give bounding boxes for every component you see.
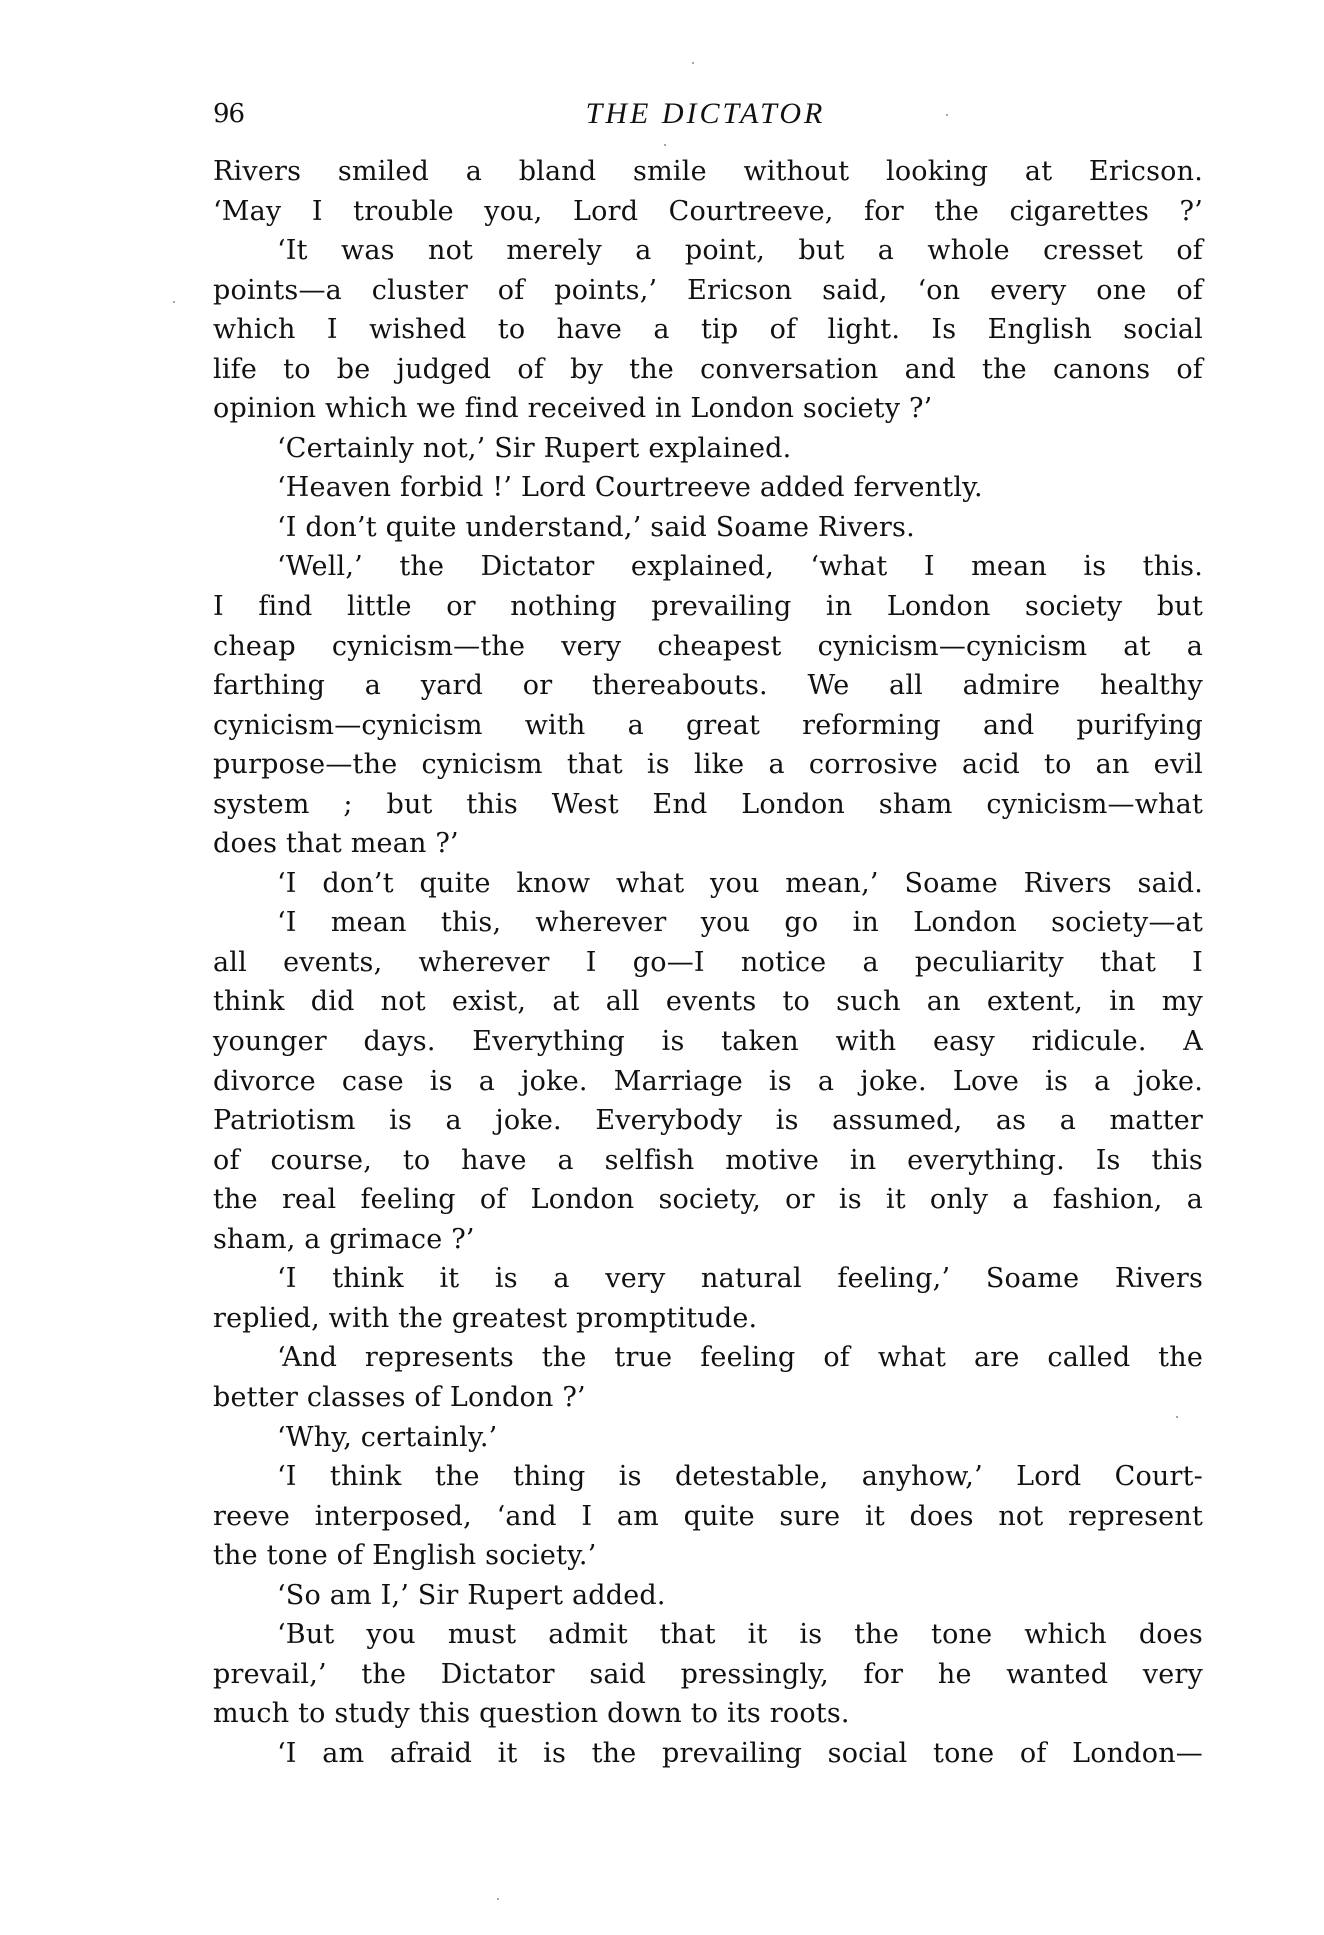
text-line: think did not exist, at all events to su…: [213, 982, 1203, 1022]
text-line: replied, with the greatest promptitude.: [213, 1299, 1203, 1339]
paper-speck: [664, 144, 666, 146]
paper-speck: [173, 301, 175, 303]
paper-speck: [1176, 1416, 1178, 1418]
text-line: divorce case is a joke. Marriage is a jo…: [213, 1062, 1203, 1102]
text-line: life to be judged of by the conversation…: [213, 350, 1203, 390]
text-line: cynicism—cynicism with a great reforming…: [213, 706, 1203, 746]
text-line: all events, wherever I go—I notice a pec…: [213, 943, 1203, 983]
text-line: of course, to have a selfish motive in e…: [213, 1141, 1203, 1181]
text-line: ‘And represents the true feeling of what…: [213, 1338, 1203, 1378]
running-title: THE DICTATOR: [548, 96, 863, 132]
paper-speck: [946, 114, 948, 116]
text-line: younger days. Everything is taken with e…: [213, 1022, 1203, 1062]
text-line: Rivers smiled a bland smile without look…: [213, 152, 1203, 192]
text-line: sham, a grimace ?’: [213, 1220, 1203, 1260]
running-head: 96 THE DICTATOR: [213, 96, 1203, 132]
text-line: the tone of English society.’: [213, 1536, 1203, 1576]
body-text: Rivers smiled a bland smile without look…: [213, 152, 1203, 1773]
text-line: ‘But you must admit that it is the tone …: [213, 1615, 1203, 1655]
text-line: ‘I think the thing is detestable, anyhow…: [213, 1457, 1203, 1497]
text-line: purpose—the cynicism that is like a corr…: [213, 745, 1203, 785]
text-line: the real feeling of London society, or i…: [213, 1180, 1203, 1220]
text-line: prevail,’ the Dictator said pressingly, …: [213, 1655, 1203, 1695]
text-line: better classes of London ?’: [213, 1378, 1203, 1418]
text-line: ‘I think it is a very natural feeling,’ …: [213, 1259, 1203, 1299]
paper-speck: [692, 62, 694, 64]
text-line: ‘May I trouble you, Lord Courtreeve, for…: [213, 192, 1203, 232]
paper-speck: [497, 1898, 499, 1900]
text-line: Patriotism is a joke. Everybody is assum…: [213, 1101, 1203, 1141]
text-line: ‘Why, certainly.’: [213, 1418, 1203, 1458]
text-line: ‘I am afraid it is the prevailing social…: [213, 1734, 1203, 1774]
text-line: ‘It was not merely a point, but a whole …: [213, 231, 1203, 271]
text-line: reeve interposed, ‘and I am quite sure i…: [213, 1497, 1203, 1537]
text-line: ‘Well,’ the Dictator explained, ‘what I …: [213, 547, 1203, 587]
page-number: 96: [213, 96, 244, 132]
text-line: ‘I don’t quite know what you mean,’ Soam…: [213, 864, 1203, 904]
text-line: which I wished to have a tip of light. I…: [213, 310, 1203, 350]
text-line: ‘I don’t quite understand,’ said Soame R…: [213, 508, 1203, 548]
text-line: opinion which we find received in London…: [213, 389, 1203, 429]
text-line: ‘Certainly not,’ Sir Rupert explained.: [213, 429, 1203, 469]
text-line: does that mean ?’: [213, 824, 1203, 864]
text-line: I find little or nothing prevailing in L…: [213, 587, 1203, 627]
text-line: points—a cluster of points,’ Ericson sai…: [213, 271, 1203, 311]
text-line: ‘I mean this, wherever you go in London …: [213, 903, 1203, 943]
text-line: cheap cynicism—the very cheapest cynicis…: [213, 627, 1203, 667]
text-line: farthing a yard or thereabouts. We all a…: [213, 666, 1203, 706]
text-line: much to study this question down to its …: [213, 1694, 1203, 1734]
text-line: ‘So am I,’ Sir Rupert added.: [213, 1576, 1203, 1616]
text-line: ‘Heaven forbid !’ Lord Courtreeve added …: [213, 468, 1203, 508]
book-page: 96 THE DICTATOR Rivers smiled a bland sm…: [0, 0, 1324, 1935]
text-line: system ; but this West End London sham c…: [213, 785, 1203, 825]
